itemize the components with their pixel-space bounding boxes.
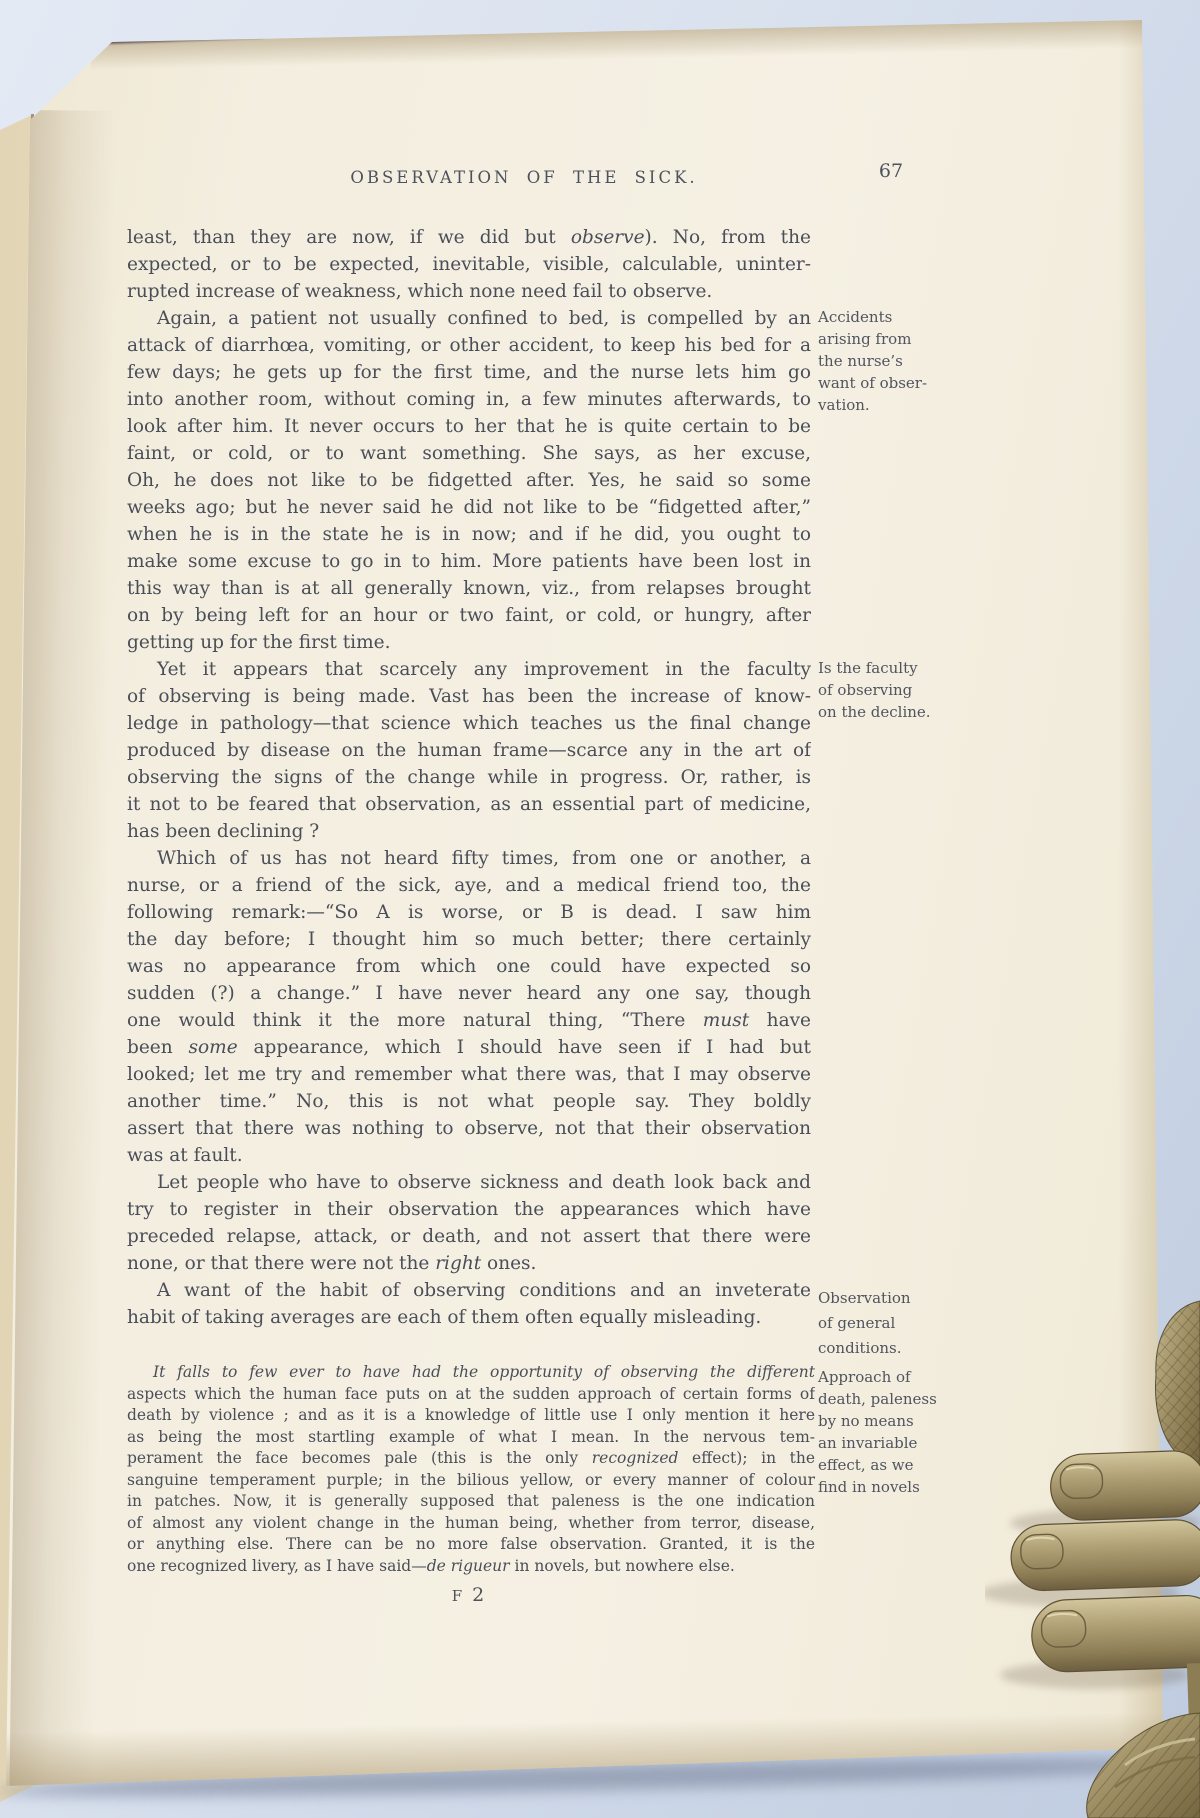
body-paragraph: Yet it appears that scarcely any improve… (127, 656, 811, 845)
body-paragraph: Which of us has not heard fifty times, f… (127, 845, 811, 1169)
book-photo: OBSERVATION OF THE SICK. 67 least, than … (0, 0, 1200, 1818)
body-text: least, than they are now, if we did but … (127, 224, 811, 1331)
body-paragraph: Again, a patient not usually confined to… (127, 305, 811, 656)
hand-thumb (1087, 1713, 1200, 1818)
signature-mark: F 2 (127, 1584, 811, 1606)
running-title: OBSERVATION OF THE SICK. (182, 168, 866, 187)
page-number: 67 (856, 160, 926, 182)
body-paragraph: A want of the habit of observing conditi… (127, 1277, 811, 1331)
body-paragraph: least, than they are now, if we did but … (127, 224, 811, 305)
margin-note: Is the facultyof observingon the decline… (818, 657, 968, 723)
margin-note: Approach ofdeath, palenessby no meansan … (818, 1366, 968, 1498)
hand-cuff (1156, 1301, 1200, 1465)
brass-hand-page-holder (985, 1295, 1200, 1818)
margin-note: Observationof generalconditions. (818, 1286, 968, 1361)
footnote: It falls to few ever to have had the opp… (127, 1362, 815, 1577)
body-paragraph: Let people who have to observe sickness … (127, 1169, 811, 1277)
top-edge-shading (90, 18, 1150, 70)
margin-note: Accidentsarising fromthe nurse’swant of … (818, 306, 968, 416)
